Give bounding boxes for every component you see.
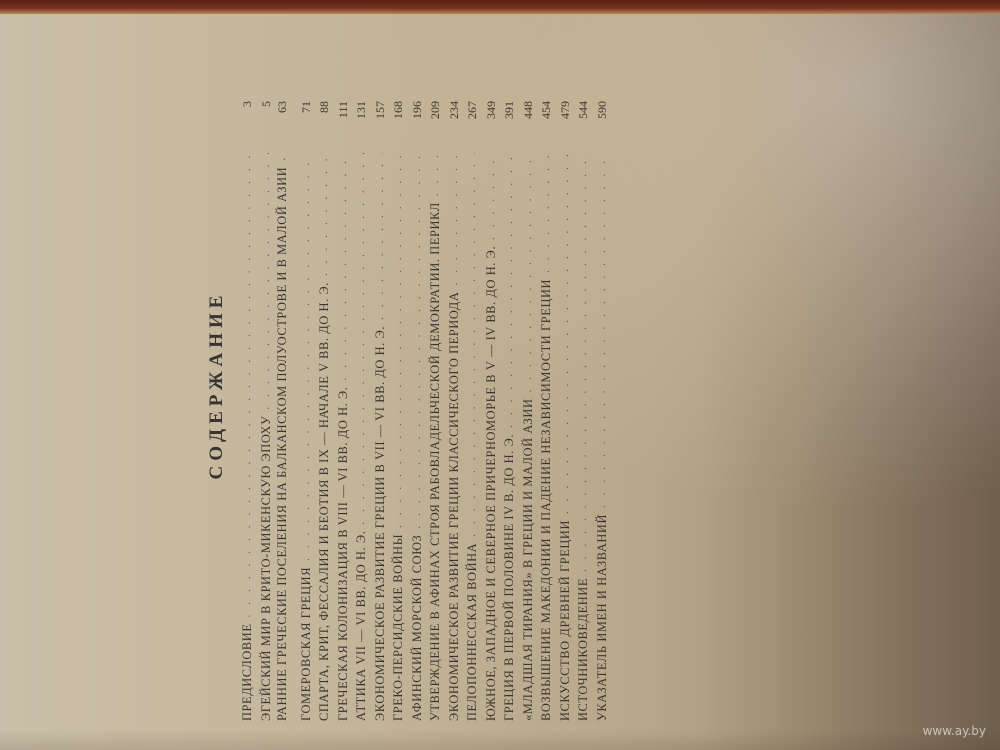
toc-entry-page: 196 [408, 101, 427, 147]
toc-entry-page: 71 [297, 101, 316, 147]
toc-entry: ПРЕДИСЛОВИЕ.............................… [238, 101, 257, 721]
toc-entry-page: 88 [315, 101, 334, 147]
dot-leader: ........................................… [257, 153, 276, 410]
toc-entry-page: 63 [275, 101, 291, 147]
toc-entry-page: 479 [556, 101, 575, 147]
toc-entry-label: ГРЕКО-ПЕРСИДСКИЕ ВОЙНЫ [389, 534, 408, 721]
dot-leader: ........................................… [537, 153, 556, 273]
toc-entry-label: ГРЕЦИЯ В ПЕРВОЙ ПОЛОВИНЕ IV В. ДО Н. Э. [500, 434, 519, 721]
dot-leader: ........................................… [500, 153, 519, 428]
toc-entry: ЭКОНОМИЧЕСКОЕ РАЗВИТИЕ ГРЕЦИИ В VII — VI… [371, 101, 390, 721]
toc-entry: ИСКУССТВО ДРЕВНЕЙ ГРЕЦИИ................… [556, 101, 575, 721]
table-of-contents: СОДЕРЖАНИЕ ПРЕДИСЛОВИЕ..................… [200, 35, 700, 735]
toc-entry-page: 5 [257, 101, 276, 147]
toc-entry: АФИНСКИЙ МОРСКОЙ СОЮЗ...................… [408, 101, 427, 721]
toc-entry-label: ИСТОЧНИКОВЕДЕНИЕ [574, 578, 593, 721]
toc-entry-label: УТВЕРЖДЕНИЕ В АФИНАХ СТРОЯ РАБОВЛАДЕЛЬЧЕ… [426, 202, 445, 721]
dot-leader: ........................................… [556, 153, 575, 514]
toc-entry: УТВЕРЖДЕНИЕ В АФИНАХ СТРОЯ РАБОВЛАДЕЛЬЧЕ… [426, 101, 445, 721]
toc-entry-label: РАННИЕ ГРЕЧЕСКИЕ ПОСЕЛЕНИЯ НА БАЛКАНСКОМ… [275, 167, 291, 721]
toc-entry-label: ЭГЕЙСКИЙ МИР В КРИТО-МИКЕНСКУЮ ЭПОХУ [257, 416, 276, 721]
dot-leader: ........................................… [408, 153, 427, 529]
toc-entry-label: ПЕЛОПОННЕССКАЯ ВОЙНА [463, 543, 482, 721]
toc-entry: АТТИКА VII — VI ВВ. ДО Н. Э.............… [352, 101, 371, 721]
book-cover-edge [0, 0, 1000, 14]
toc-entry: ГРЕЧЕСКАЯ КОЛОНИЗАЦИЯ В VIII — VI ВВ. ДО… [334, 101, 353, 721]
toc-entry-page: 234 [445, 101, 464, 147]
toc-entry: ГРЕЦИЯ В ПЕРВОЙ ПОЛОВИНЕ IV В. ДО Н. Э..… [500, 101, 519, 721]
toc-entry-label: ПРЕДИСЛОВИЕ [238, 624, 257, 722]
dot-leader: ........................................… [593, 153, 612, 508]
toc-entry-label: АФИНСКИЙ МОРСКОЙ СОЮЗ [408, 535, 427, 721]
dot-leader: ........................................… [275, 153, 291, 161]
toc-entry: ГОМЕРОВСКАЯ ГРЕЦИЯ......................… [297, 101, 316, 721]
toc-entry-label: «МЛАДШАЯ ТИРАНИЯ» В ГРЕЦИИ И МАЛОЙ АЗИИ [519, 398, 538, 721]
toc-entry-page: 448 [519, 101, 538, 147]
toc-entry: СПАРТА, КРИТ, ФЕССАЛИЯ И БЕОТИЯ В IX — Н… [315, 101, 334, 721]
toc-entry-page: 544 [574, 101, 593, 147]
toc-entry-label: ЮЖНОЕ, ЗАПАДНОЕ И СЕВЕРНОЕ ПРИЧЕРНОМОРЬЕ… [482, 246, 501, 721]
toc-entry-label: УКАЗАТЕЛЬ ИМЕН И НАЗВАНИЙ [593, 514, 612, 721]
dot-leader: ........................................… [334, 153, 353, 381]
toc-entry-label: ВОЗВЫШЕНИЕ МАКЕДОНИИ И ПАДЕНИЕ НЕЗАВИСИМ… [537, 279, 556, 721]
toc-entry-label: ГОМЕРОВСКАЯ ГРЕЦИЯ [297, 567, 316, 721]
toc-entry-page: 391 [500, 101, 519, 147]
watermark: www.ay.by [923, 724, 986, 738]
toc-entry: РАННИЕ ГРЕЧЕСКИЕ ПОСЕЛЕНИЯ НА БАЛКАНСКОМ… [275, 101, 291, 721]
toc-entry: ЭКОНОМИЧЕСКОЕ РАЗВИТИЕ ГРЕЦИИ КЛАССИЧЕСК… [445, 101, 464, 721]
toc-entry: ГРЕКО-ПЕРСИДСКИЕ ВОЙНЫ..................… [389, 101, 408, 721]
toc-entry-page: 157 [371, 101, 390, 147]
dot-leader: ........................................… [371, 153, 390, 320]
toc-entry: ВОЗВЫШЕНИЕ МАКЕДОНИИ И ПАДЕНИЕ НЕЗАВИСИМ… [537, 101, 556, 721]
toc-entry-page: 131 [352, 101, 371, 147]
toc-entry-label: СПАРТА, КРИТ, ФЕССАЛИЯ И БЕОТИЯ В IX — Н… [315, 282, 334, 721]
toc-entry: УКАЗАТЕЛЬ ИМЕН И НАЗВАНИЙ...............… [593, 101, 612, 721]
page-shadow [0, 730, 1000, 750]
toc-entry-page: 168 [389, 101, 408, 147]
dot-leader: ........................................… [445, 153, 464, 286]
toc-entry-label: ИСКУССТВО ДРЕВНЕЙ ГРЕЦИИ [556, 520, 575, 721]
toc-entry-page: 349 [482, 101, 501, 147]
dot-leader: ........................................… [482, 153, 501, 240]
toc-entry-label: АТТИКА VII — VI ВВ. ДО Н. Э. [352, 531, 371, 721]
toc-entry-page: 590 [593, 101, 612, 147]
toc-entry: ЮЖНОЕ, ЗАПАДНОЕ И СЕВЕРНОЕ ПРИЧЕРНОМОРЬЕ… [482, 101, 501, 721]
toc-entry: «МЛАДШАЯ ТИРАНИЯ» В ГРЕЦИИ И МАЛОЙ АЗИИ.… [519, 101, 538, 721]
dot-leader: ........................................… [389, 153, 408, 528]
dot-leader: ........................................… [519, 153, 538, 392]
dot-leader: ........................................… [352, 153, 371, 525]
toc-list: ПРЕДИСЛОВИЕ.............................… [238, 101, 611, 721]
toc-entry-page: 111 [334, 101, 353, 147]
toc-entry-label: ГРЕЧЕСКАЯ КОЛОНИЗАЦИЯ В VIII — VI ВВ. ДО… [334, 387, 353, 722]
toc-entry-page: 454 [537, 101, 556, 147]
toc-entry-page: 209 [426, 101, 445, 147]
toc-entry: ПЕЛОПОННЕССКАЯ ВОЙНА....................… [463, 101, 482, 721]
toc-entry-label: ЭКОНОМИЧЕСКОЕ РАЗВИТИЕ ГРЕЦИИ В VII — VI… [371, 326, 390, 721]
toc-entry: ЭГЕЙСКИЙ МИР В КРИТО-МИКЕНСКУЮ ЭПОХУ....… [257, 101, 276, 721]
dot-leader: ........................................… [426, 153, 445, 196]
dot-leader: ........................................… [315, 153, 334, 276]
dot-leader: ........................................… [297, 153, 316, 561]
dot-leader: ........................................… [574, 153, 593, 572]
toc-entry-label: ЭКОНОМИЧЕСКОЕ РАЗВИТИЕ ГРЕЦИИ КЛАССИЧЕСК… [445, 292, 464, 721]
toc-title: СОДЕРЖАНИЕ [200, 35, 234, 735]
toc-entry-page: 3 [238, 101, 257, 147]
toc-entry: ИСТОЧНИКОВЕДЕНИЕ........................… [574, 101, 593, 721]
dot-leader: ........................................… [463, 153, 482, 537]
dot-leader: ........................................… [238, 153, 257, 618]
toc-entry-page: 267 [463, 101, 482, 147]
